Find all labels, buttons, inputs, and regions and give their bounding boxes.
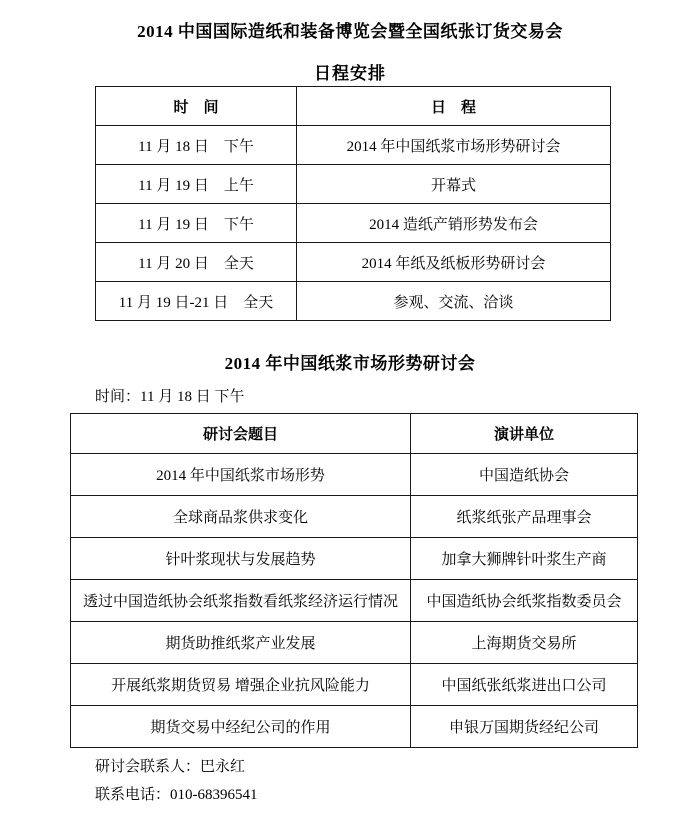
schedule-time-cell: 11 月 19 日 上午: [96, 165, 297, 204]
seminar-time-line: 时间：11 月 18 日 下午: [95, 389, 700, 405]
schedule-time-cell: 11 月 20 日 全天: [96, 243, 297, 282]
seminar-table-header-row: 研讨会题目 演讲单位: [71, 414, 638, 454]
schedule-event-cell: 2014 年纸及纸板形势研讨会: [297, 243, 611, 282]
seminar-topic-cell: 针叶浆现状与发展趋势: [71, 538, 411, 580]
table-row: 期货交易中经纪公司的作用 申银万国期货经纪公司: [71, 706, 638, 748]
seminar-speaker-cell: 中国纸张纸浆进出口公司: [411, 664, 638, 706]
seminar-table: 研讨会题目 演讲单位 2014 年中国纸浆市场形势 中国造纸协会 全球商品浆供求…: [70, 413, 638, 748]
seminar-topic-cell: 2014 年中国纸浆市场形势: [71, 454, 411, 496]
table-row: 11 月 18 日 下午 2014 年中国纸浆市场形势研讨会: [96, 126, 611, 165]
schedule-time-cell: 11 月 19 日-21 日 全天: [96, 282, 297, 321]
seminar-speaker-cell: 中国造纸协会纸浆指数委员会: [411, 580, 638, 622]
table-row: 11 月 19 日-21 日 全天 参观、交流、洽谈: [96, 282, 611, 321]
table-row: 期货助推纸浆产业发展 上海期货交易所: [71, 622, 638, 664]
contact-person-line: 研讨会联系人：巴永红: [95, 759, 700, 775]
seminar-speaker-cell: 加拿大狮牌针叶浆生产商: [411, 538, 638, 580]
seminar-speaker-cell: 申银万国期货经纪公司: [411, 706, 638, 748]
table-row: 11 月 19 日 上午 开幕式: [96, 165, 611, 204]
table-row: 全球商品浆供求变化 纸浆纸张产品理事会: [71, 496, 638, 538]
schedule-time-cell: 11 月 19 日 下午: [96, 204, 297, 243]
table-row: 开展纸浆期货贸易 增强企业抗风险能力 中国纸张纸浆进出口公司: [71, 664, 638, 706]
table-row: 11 月 19 日 下午 2014 造纸产销形势发布会: [96, 204, 611, 243]
seminar-header-topic: 研讨会题目: [71, 414, 411, 454]
table-row: 11 月 20 日 全天 2014 年纸及纸板形势研讨会: [96, 243, 611, 282]
document-title: 2014 中国国际造纸和装备博览会暨全国纸张订货交易会: [0, 22, 700, 42]
seminar-topic-cell: 全球商品浆供求变化: [71, 496, 411, 538]
seminar-speaker-cell: 上海期货交易所: [411, 622, 638, 664]
seminar-topic-cell: 期货助推纸浆产业发展: [71, 622, 411, 664]
schedule-event-cell: 参观、交流、洽谈: [297, 282, 611, 321]
table-row: 针叶浆现状与发展趋势 加拿大狮牌针叶浆生产商: [71, 538, 638, 580]
document-page: 2014 中国国际造纸和装备博览会暨全国纸张订货交易会 日程安排 时 间 日 程…: [0, 0, 700, 815]
schedule-header-time: 时 间: [96, 87, 297, 126]
seminar-topic-cell: 透过中国造纸协会纸浆指数看纸浆经济运行情况: [71, 580, 411, 622]
seminar-header-speaker: 演讲单位: [411, 414, 638, 454]
contact-phone-line: 联系电话：010-68396541: [95, 787, 700, 803]
table-row: 2014 年中国纸浆市场形势 中国造纸协会: [71, 454, 638, 496]
seminar-speaker-cell: 中国造纸协会: [411, 454, 638, 496]
seminar-title: 2014 年中国纸浆市场形势研讨会: [0, 355, 700, 373]
table-row: 透过中国造纸协会纸浆指数看纸浆经济运行情况 中国造纸协会纸浆指数委员会: [71, 580, 638, 622]
schedule-table-header-row: 时 间 日 程: [96, 87, 611, 126]
schedule-table: 时 间 日 程 11 月 18 日 下午 2014 年中国纸浆市场形势研讨会 1…: [95, 86, 611, 321]
schedule-event-cell: 开幕式: [297, 165, 611, 204]
schedule-event-cell: 2014 年中国纸浆市场形势研讨会: [297, 126, 611, 165]
schedule-header-event: 日 程: [297, 87, 611, 126]
seminar-speaker-cell: 纸浆纸张产品理事会: [411, 496, 638, 538]
schedule-time-cell: 11 月 18 日 下午: [96, 126, 297, 165]
schedule-heading: 日程安排: [0, 65, 700, 83]
seminar-topic-cell: 开展纸浆期货贸易 增强企业抗风险能力: [71, 664, 411, 706]
seminar-topic-cell: 期货交易中经纪公司的作用: [71, 706, 411, 748]
schedule-event-cell: 2014 造纸产销形势发布会: [297, 204, 611, 243]
